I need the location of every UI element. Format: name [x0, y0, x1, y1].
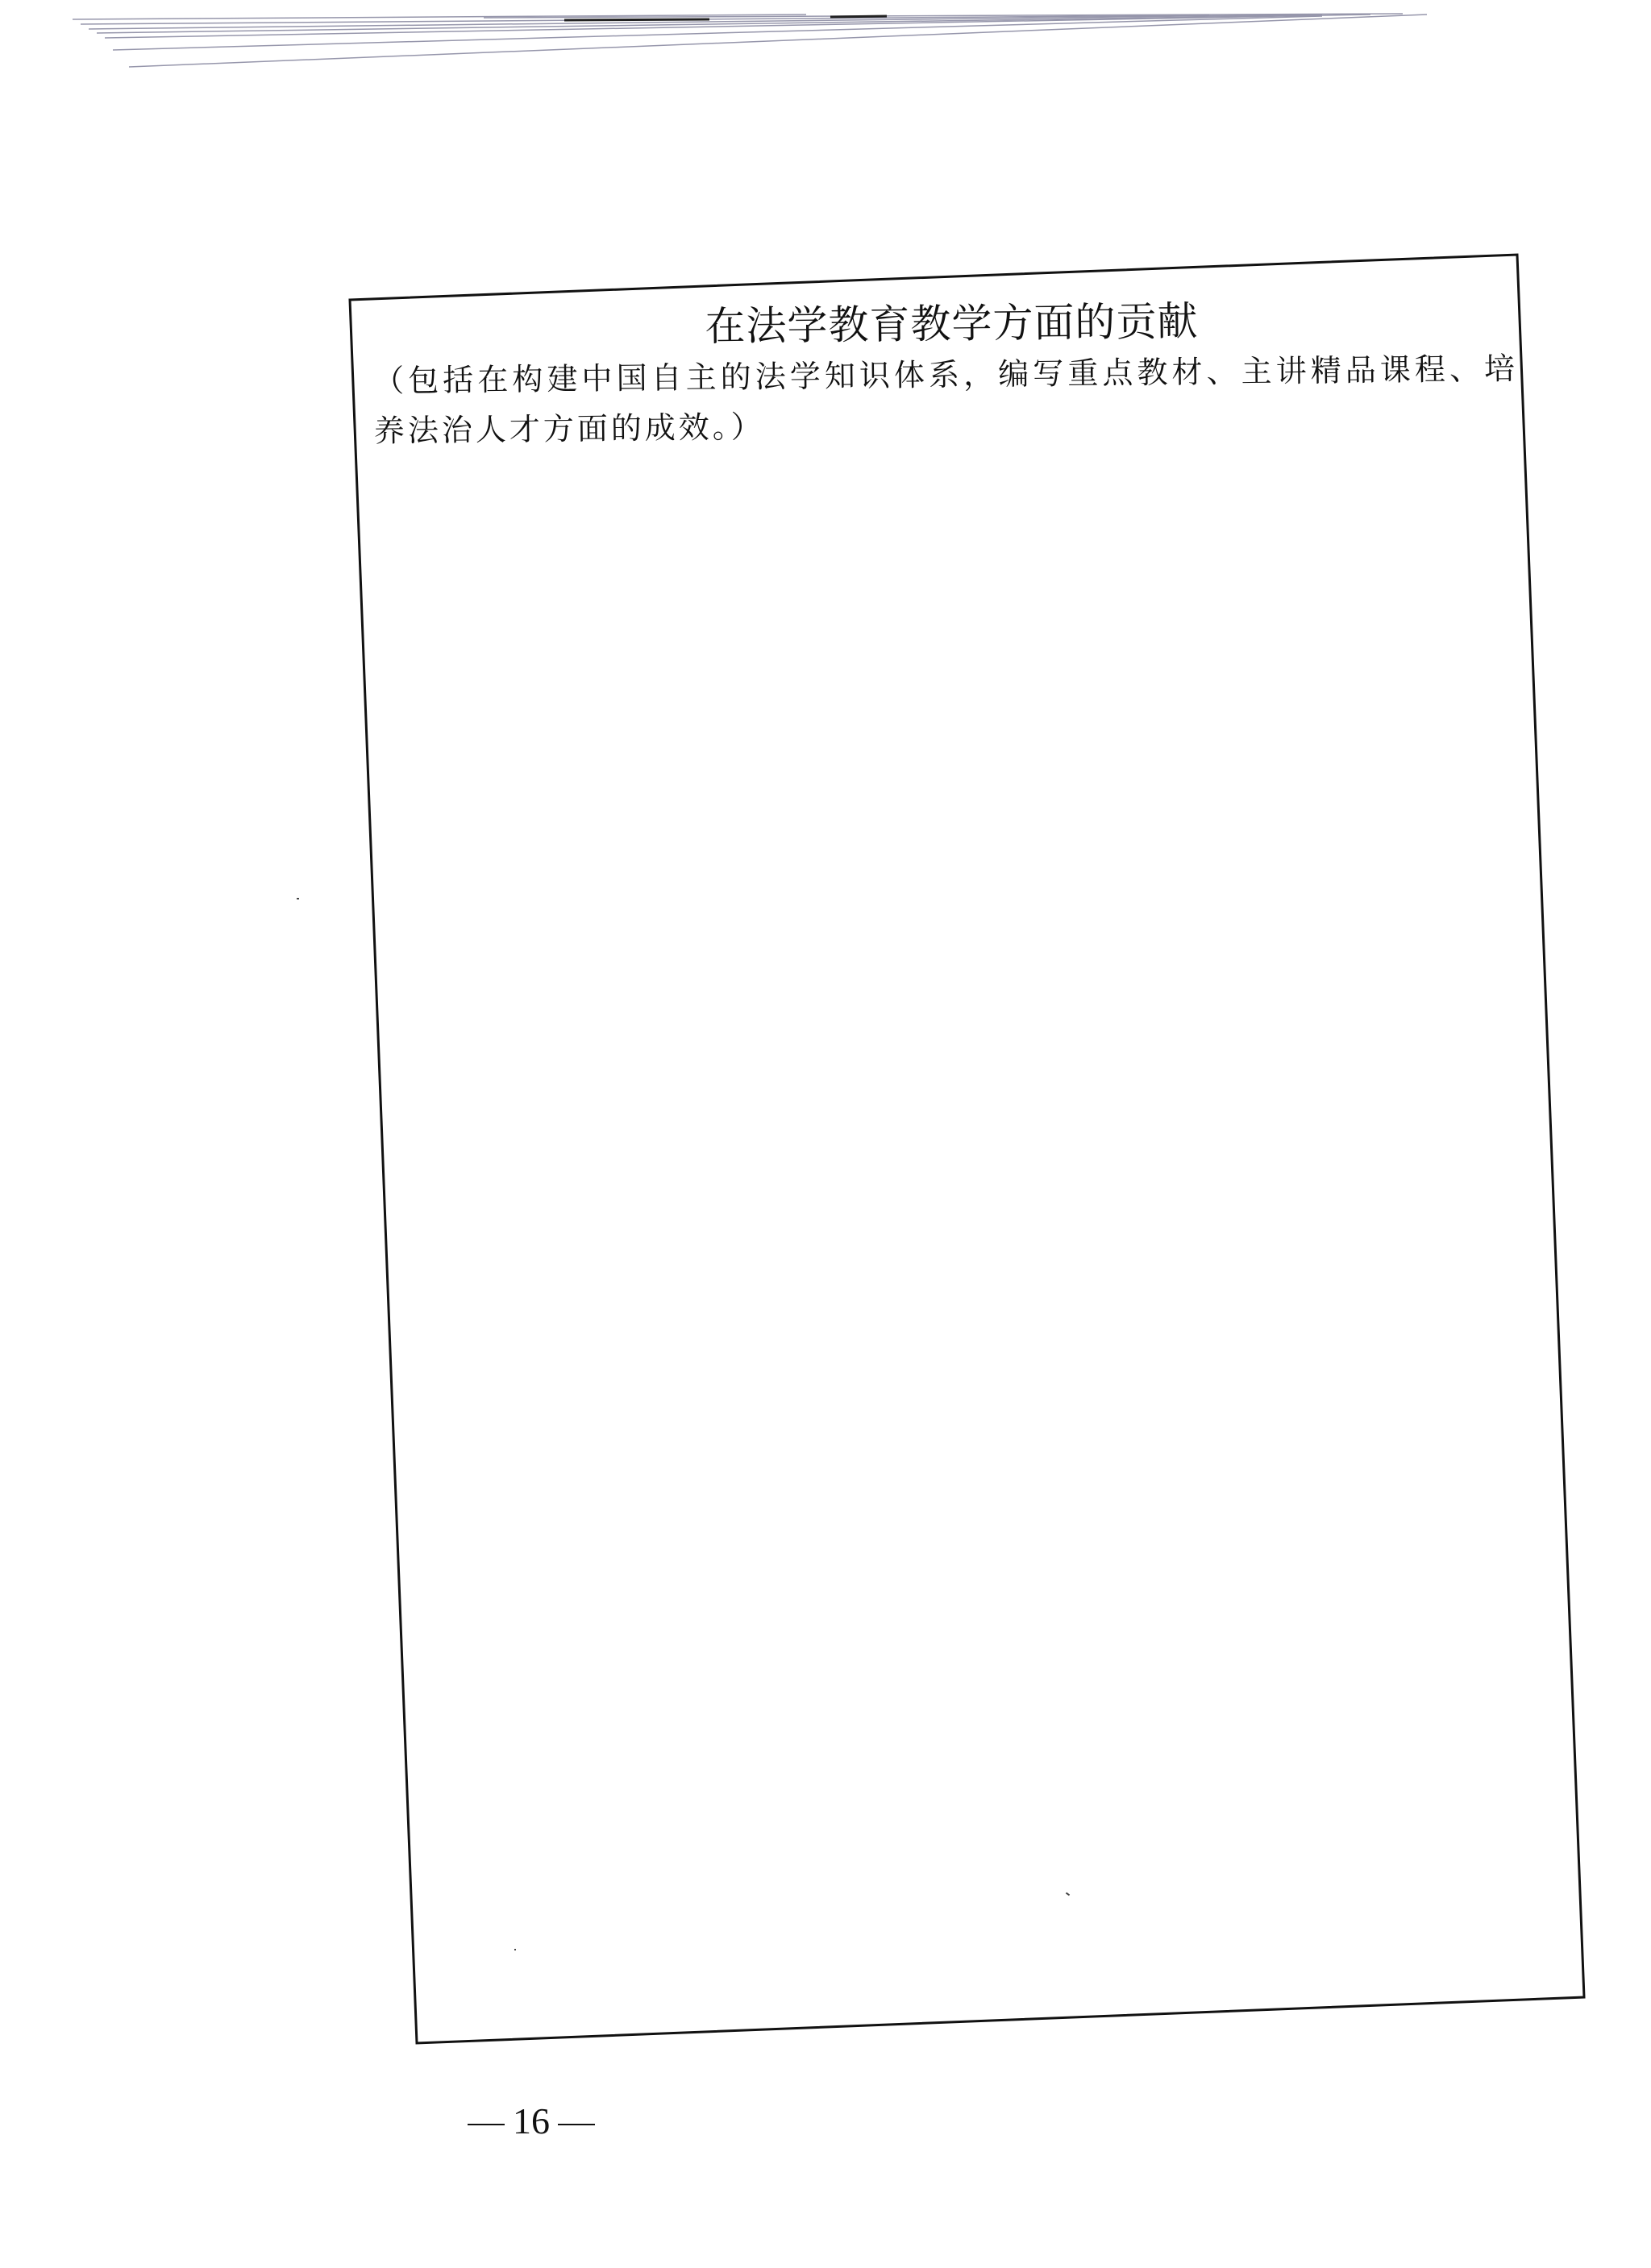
scan-speck: [514, 1949, 516, 1950]
contribution-section: 在法学教育教学方面的贡献 （包括在构建中国自主的法学知识体系，编写重点教材、主讲…: [355, 285, 1517, 456]
dash-left: [468, 2124, 505, 2125]
page-number: 16: [460, 2100, 603, 2142]
page-number-value: 16: [513, 2100, 550, 2141]
scan-speck: [297, 898, 299, 899]
dash-right: [558, 2124, 595, 2125]
section-subtitle: （包括在构建中国自主的法学知识体系，编写重点教材、主讲精品课程、培养法治人才方面…: [373, 343, 1519, 456]
